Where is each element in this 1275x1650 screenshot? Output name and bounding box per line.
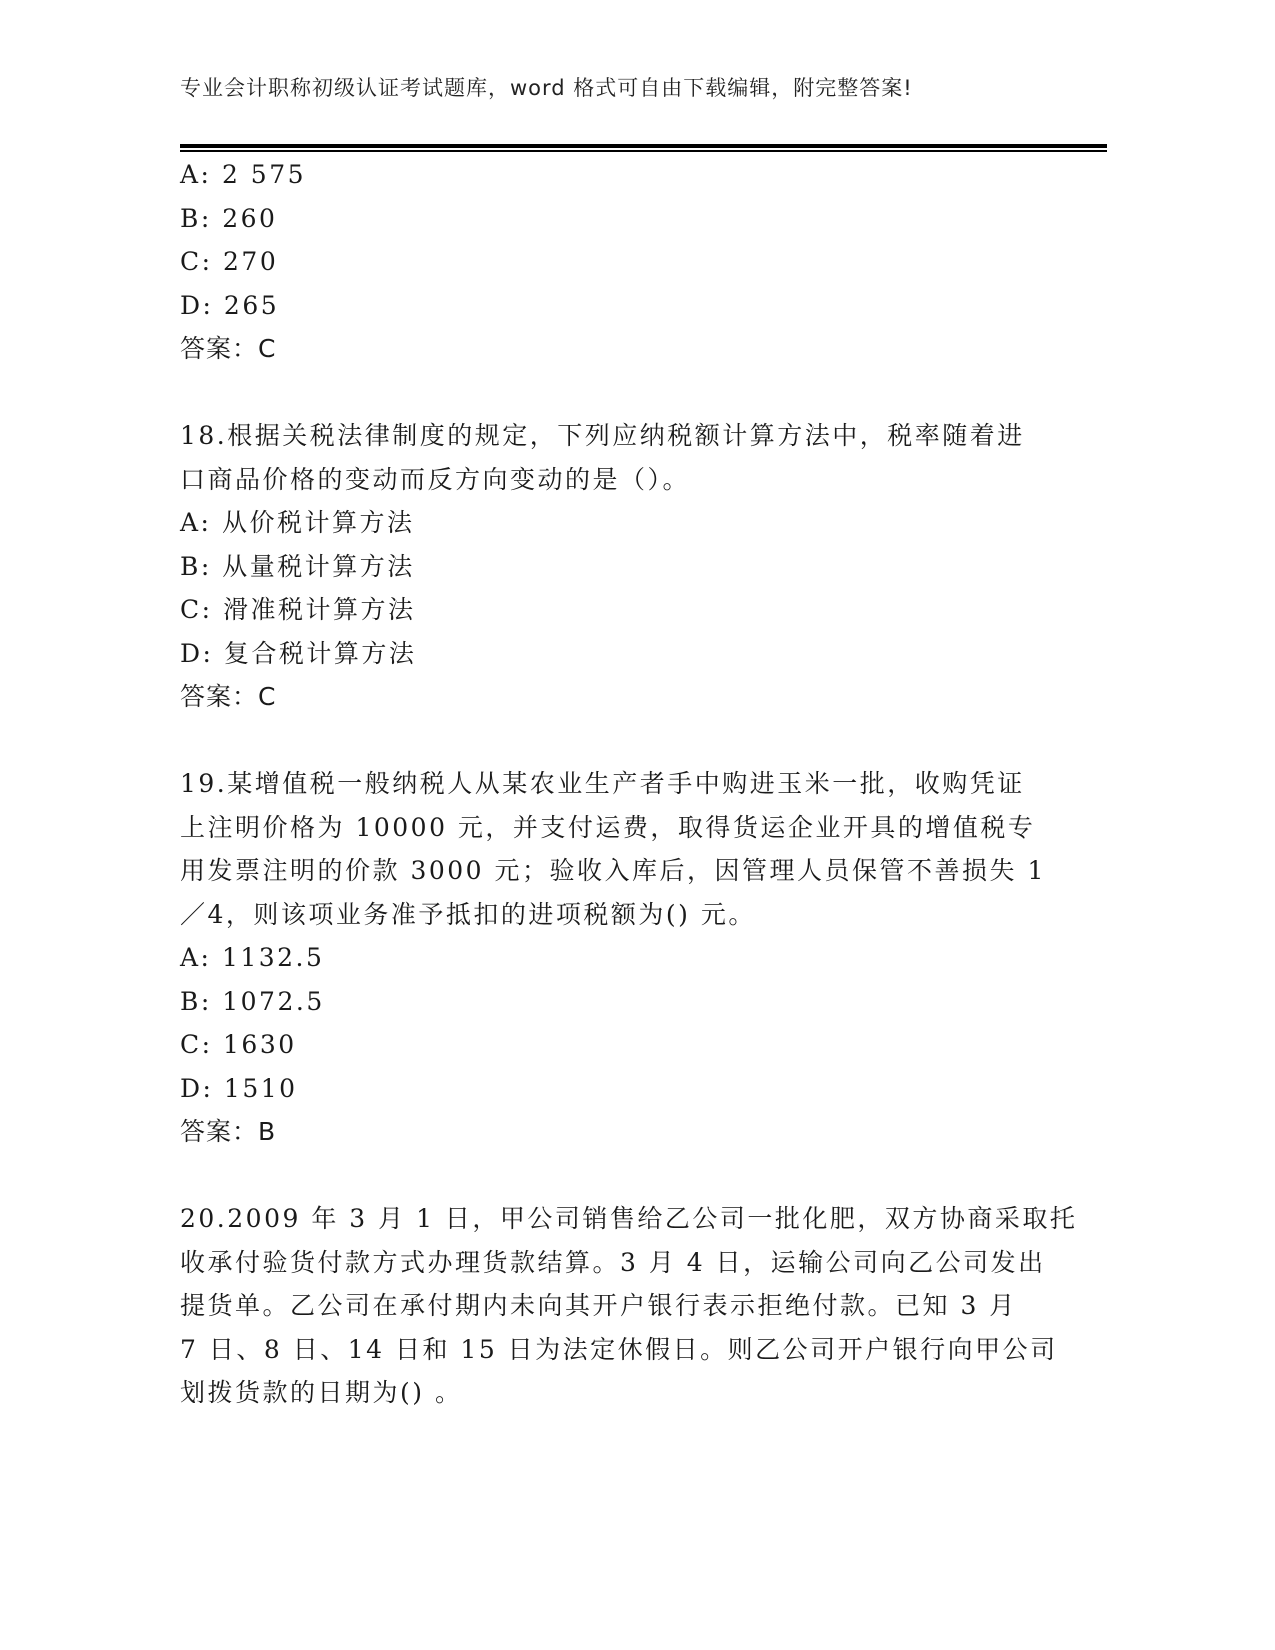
option-a: A: 从价税计算方法 — [180, 501, 1040, 545]
question-stem: 18.根据关税法律制度的规定，下列应纳税额计算方法中，税率随着进 — [180, 414, 1040, 458]
option-d: D: 复合税计算方法 — [180, 632, 1040, 676]
question-18: 18.根据关税法律制度的规定，下列应纳税额计算方法中，税率随着进 口商品价格的变… — [180, 414, 1040, 719]
option-b: B: 1072.5 — [180, 980, 1040, 1024]
question-17: A: 2 575 B: 260 C: 270 D: 265 答案：C — [180, 153, 1040, 371]
header-rule-thin — [180, 150, 1107, 152]
question-stem: 提货单。乙公司在承付期内未向其开户银行表示拒绝付款。已知 3 月 — [180, 1284, 1040, 1328]
question-stem: 20.2009 年 3 月 1 日，甲公司销售给乙公司一批化肥，双方协商采取托 — [180, 1197, 1040, 1241]
question-stem: 上注明价格为 10000 元，并支付运费，取得货运企业开具的增值税专 — [180, 806, 1040, 850]
option-a: A: 2 575 — [180, 153, 1040, 197]
answer: 答案：B — [180, 1110, 1040, 1154]
document-body: A: 2 575 B: 260 C: 270 D: 265 答案：C 18.根据… — [180, 153, 1040, 1415]
question-stem: 用发票注明的价款 3000 元；验收入库后，因管理人员保管不善损失 1 — [180, 849, 1040, 893]
page-header: 专业会计职称初级认证考试题库，word 格式可自由下载编辑，附完整答案! — [180, 72, 913, 102]
option-c: C: 270 — [180, 240, 1040, 284]
option-d: D: 265 — [180, 284, 1040, 328]
answer: 答案：C — [180, 675, 1040, 719]
question-stem: 收承付验货付款方式办理货款结算。3 月 4 日，运输公司向乙公司发出 — [180, 1241, 1040, 1285]
question-stem: 划拨货款的日期为() 。 — [180, 1371, 1040, 1415]
question-stem: 19.某增值税一般纳税人从某农业生产者手中购进玉米一批，收购凭证 — [180, 762, 1040, 806]
answer: 答案：C — [180, 327, 1040, 371]
option-c: C: 滑准税计算方法 — [180, 588, 1040, 632]
option-d: D: 1510 — [180, 1067, 1040, 1111]
option-c: C: 1630 — [180, 1023, 1040, 1067]
option-a: A: 1132.5 — [180, 936, 1040, 980]
question-19: 19.某增值税一般纳税人从某农业生产者手中购进玉米一批，收购凭证 上注明价格为 … — [180, 762, 1040, 1154]
header-rule-thick — [180, 144, 1107, 148]
question-stem: ／4，则该项业务准予抵扣的进项税额为() 元。 — [180, 893, 1040, 937]
question-stem: 7 日、8 日、14 日和 15 日为法定休假日。则乙公司开户银行向甲公司 — [180, 1328, 1040, 1372]
question-stem: 口商品价格的变动而反方向变动的是（）。 — [180, 458, 1040, 502]
option-b: B: 从量税计算方法 — [180, 545, 1040, 589]
question-20: 20.2009 年 3 月 1 日，甲公司销售给乙公司一批化肥，双方协商采取托 … — [180, 1197, 1040, 1415]
option-b: B: 260 — [180, 197, 1040, 241]
